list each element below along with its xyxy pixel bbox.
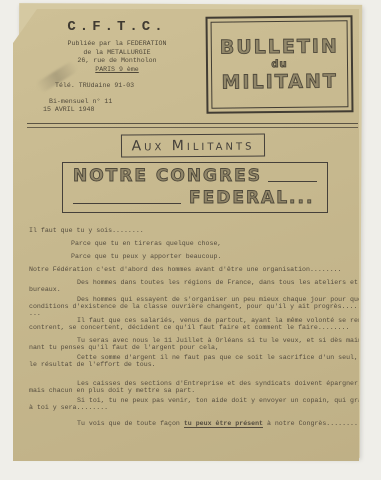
paragraph: Tu vois que de toute façon tu peux être … — [29, 420, 351, 427]
final-line-post: à notre Congrès........ — [263, 420, 358, 427]
phone-line: Télé. TRUdaine 91-03 — [33, 82, 201, 89]
publisher-line-1: Publiée par la FEDERATION — [33, 40, 201, 49]
masthead-title-line2: du — [271, 58, 287, 71]
text-line: bureaux. — [29, 286, 351, 293]
text-line: Il faut que tu y sois........ — [29, 227, 351, 234]
text-line: Les caisses des sections d'Entreprise et… — [29, 380, 351, 387]
banner-label: Aux Militants — [132, 137, 255, 154]
paragraph: Si toi, tu ne peux pas venir, ton aide d… — [29, 397, 351, 411]
section-divider — [27, 123, 358, 128]
paragraph: Tu seras avec nous le 11 Juillet à Orléa… — [29, 337, 351, 351]
text-line: Notre Fédération c'est d'abord des homme… — [29, 266, 351, 273]
headline-box: NOTRE CONGRES FEDERAL... — [62, 162, 328, 213]
banner-box: Aux Militants — [121, 133, 265, 157]
paragraph: Il faut que tu y sois........ — [29, 227, 351, 234]
publisher-line-4: PARIS 9 ème — [33, 66, 201, 75]
publisher-line-2: de la METALLURGIE — [33, 49, 201, 58]
paragraph: ... — [29, 310, 351, 317]
header-block: C.F.T.C. Publiée par la FEDERATION de la… — [33, 19, 201, 113]
headline-underline-1 — [268, 181, 317, 182]
masthead-title-line3: MILITANT — [221, 70, 337, 93]
text-line-final: Tu vois que de toute façon tu peux être … — [29, 420, 351, 427]
paragraph: Il faut que ces salariés, venus de parto… — [29, 317, 351, 331]
paragraph: Les caisses des sections d'Entreprise et… — [29, 380, 351, 394]
headline-part1: NOTRE CONGRES — [73, 167, 262, 185]
text-line: nant tu penses qu'il faut de l'argent po… — [29, 344, 351, 351]
text-line: Parce que tu peux y apporter beaucoup. — [29, 253, 351, 260]
headline-part2: FEDERAL... — [189, 189, 314, 207]
text-line: Des hommes dans toutes les régions de Fr… — [29, 279, 351, 286]
headline-row-1: NOTRE CONGRES — [73, 167, 319, 185]
paragraph: Cette somme d'argent il ne faut pas que … — [29, 354, 351, 368]
org-title: C.F.T.C. — [33, 19, 201, 35]
paragraph: Des hommes qui essayent de s'organiser u… — [29, 296, 351, 310]
masthead-title-line1: BULLETIN — [220, 35, 339, 58]
masthead-inner-border: BULLETIN du MILITANT — [211, 20, 349, 108]
text-line: Si toi, tu ne peux pas venir, ton aide d… — [29, 397, 351, 404]
text-line: Cette somme d'argent il ne faut pas que … — [29, 354, 351, 361]
final-line-pre: Tu vois que de toute façon — [77, 420, 184, 427]
document-scan: C.F.T.C. Publiée par la FEDERATION de la… — [0, 0, 381, 480]
text-line: à toi y sera........ — [29, 404, 351, 411]
paragraph: Parce que tu en tireras quelque chose, — [29, 240, 351, 247]
text-line: mais chacun en plus doit y mettre sa par… — [29, 387, 351, 394]
text-line: le résultat de l'effort de tous. — [29, 361, 351, 368]
date-line: 15 AVRIL 1948 — [33, 106, 201, 113]
paragraph: Parce que tu peux y apporter beaucoup. — [29, 253, 351, 260]
text-line: Tu seras avec nous le 11 Juillet à Orléa… — [29, 337, 351, 344]
text-line: Il faut que ces salariés, venus de parto… — [29, 317, 351, 324]
headline-underline-2 — [73, 203, 181, 204]
text-line: ... — [29, 310, 351, 317]
body-text: Il faut que tu y sois........ Parce que … — [29, 227, 351, 433]
issue-line: Bi-mensuel n° 11 — [33, 98, 201, 105]
paragraph: Notre Fédération c'est d'abord des homme… — [29, 266, 351, 273]
paper-sheet: C.F.T.C. Publiée par la FEDERATION de la… — [13, 9, 359, 461]
masthead-box: BULLETIN du MILITANT — [205, 15, 353, 114]
headline-row-2: FEDERAL... — [73, 189, 319, 207]
underlined-phrase: tu peux être présent — [184, 420, 263, 428]
publisher-line-3: 26, rue de Montholon — [33, 57, 201, 66]
paragraph: Des hommes dans toutes les régions de Fr… — [29, 279, 351, 293]
text-line: contrent, se concertent, décident ce qu'… — [29, 324, 351, 331]
text-line: Des hommes qui essayent de s'organiser u… — [29, 296, 351, 303]
text-line: Parce que tu en tireras quelque chose, — [29, 240, 351, 247]
text-line: conditions d'existence de la classe ouvr… — [29, 303, 351, 310]
